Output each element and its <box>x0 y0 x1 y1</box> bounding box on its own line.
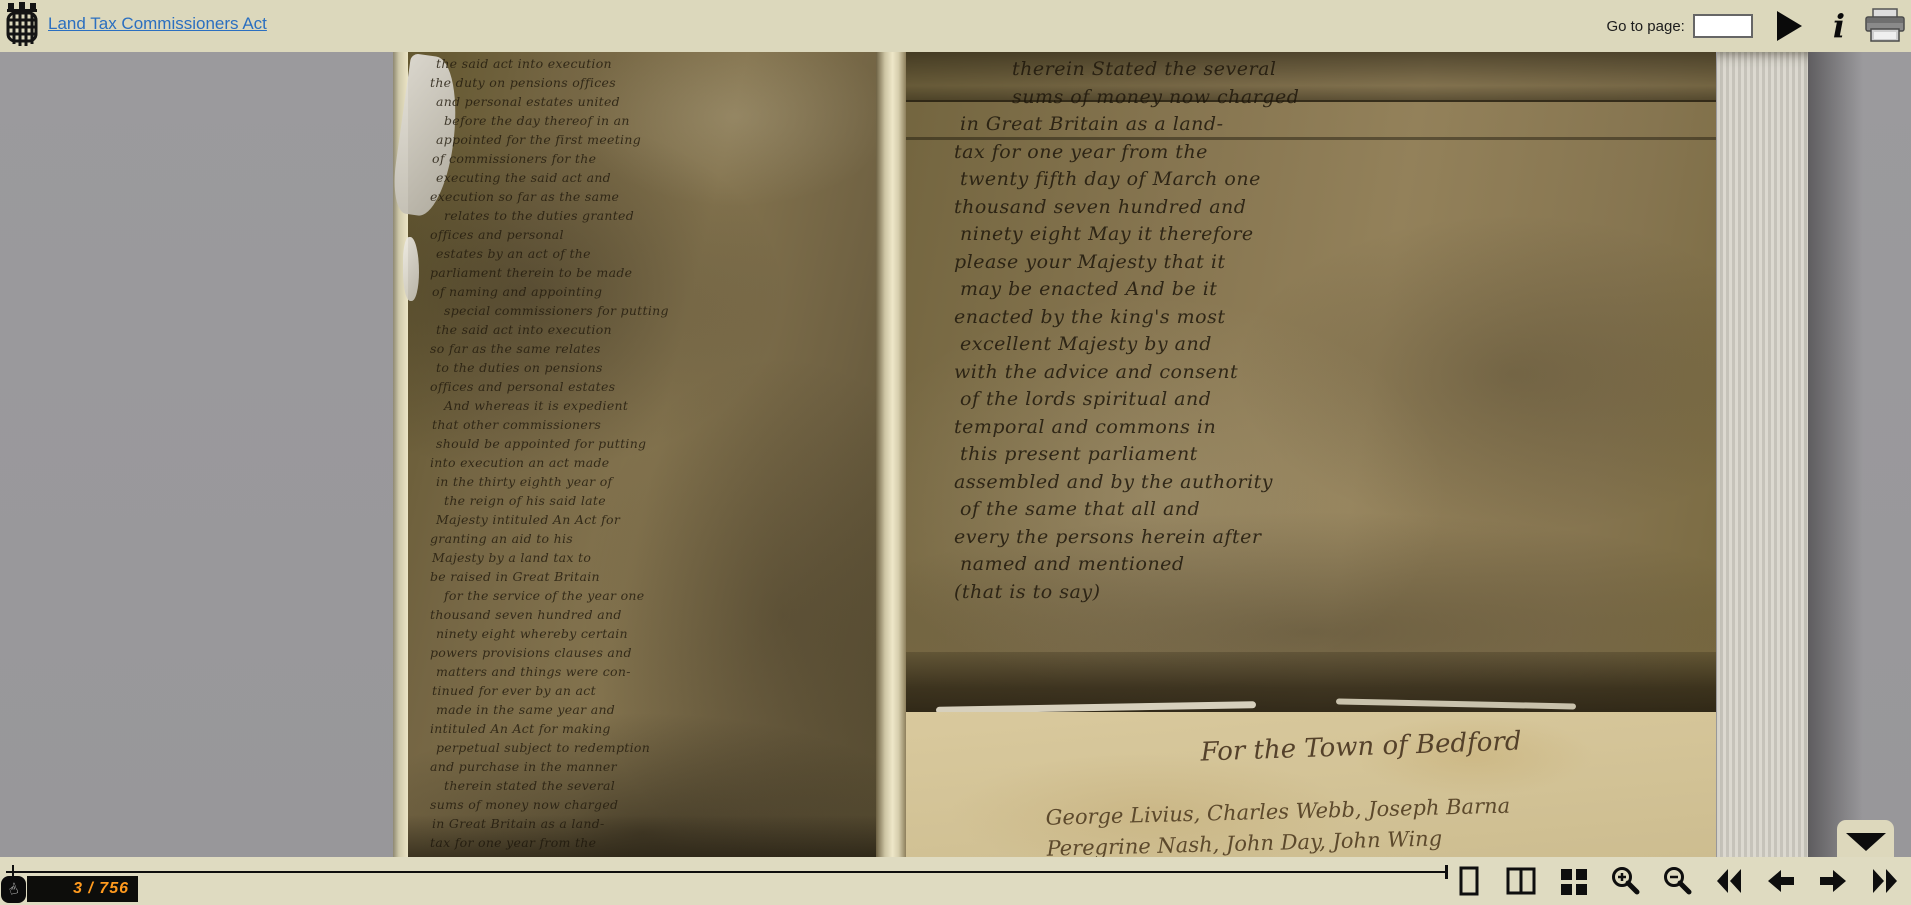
manuscript-line: please your Majesty that it <box>954 249 1664 277</box>
info-button[interactable]: i <box>1833 10 1845 42</box>
manuscript-line: for the service of the year one <box>444 586 866 605</box>
single-page-view-button[interactable] <box>1453 865 1485 897</box>
manuscript-line: ninety eight May it therefore <box>960 221 1664 249</box>
left-manuscript-page[interactable]: the said act into executionthe duty on p… <box>408 52 876 857</box>
manuscript-line: thousand seven hundred and <box>430 605 866 624</box>
manuscript-line: made in the same year and <box>436 700 866 719</box>
arrow-left-icon <box>1766 866 1796 896</box>
manuscript-line: relates to the duties granted <box>444 206 866 225</box>
manuscript-line: twenty fifth day of March one <box>960 166 1664 194</box>
manuscript-line: offices and personal <box>430 225 866 244</box>
manuscript-line: excellent Majesty by and <box>960 331 1664 359</box>
page-indicator: 3 / 756 <box>27 876 138 902</box>
fast-forward-icon <box>1870 866 1900 896</box>
manuscript-line: and personal estates united <box>436 92 866 111</box>
viewer-canvas: the said act into executionthe duty on p… <box>0 52 1911 857</box>
manuscript-line: offices and personal estates <box>430 377 866 396</box>
stacked-page-edges <box>1717 52 1808 857</box>
manuscript-line: enacted by the king's most <box>954 304 1664 332</box>
last-page-button[interactable] <box>1869 865 1901 897</box>
right-page-text: therein Stated the severalsums of money … <box>954 56 1664 606</box>
first-page-button[interactable] <box>1713 865 1745 897</box>
manuscript-line: in the thirty eighth year of <box>436 472 866 491</box>
manuscript-line: may be enacted And be it <box>960 276 1664 304</box>
previous-page-button[interactable] <box>1765 865 1797 897</box>
goto-page-label: Go to page: <box>1606 18 1684 35</box>
town-heading: For the Town of Bedford <box>1146 725 1577 770</box>
manuscript-line: ninety eight whereby certain <box>436 624 866 643</box>
right-manuscript-page[interactable]: therein Stated the severalsums of money … <box>906 52 1716 857</box>
manuscript-line: execution so far as the same <box>430 187 866 206</box>
manuscript-line: before the day thereof in an <box>444 111 866 130</box>
manuscript-line: the said act into execution <box>436 320 866 339</box>
manuscript-line: be raised in Great Britain <box>430 567 866 586</box>
manuscript-line: tax for one year from the <box>954 139 1664 167</box>
manuscript-line: of the lords spiritual and <box>960 386 1664 414</box>
manuscript-line: this present parliament <box>960 441 1664 469</box>
manuscript-line: in Great Britain as a land- <box>960 111 1664 139</box>
manuscript-line: perpetual subject to redemption <box>436 738 866 757</box>
document-title-link[interactable]: Land Tax Commissioners Act <box>48 14 267 34</box>
manuscript-line: (that is to say) <box>954 579 1664 607</box>
play-button[interactable] <box>1777 11 1803 41</box>
manuscript-line: to the duties on pensions <box>436 358 866 377</box>
top-bar-controls: Go to page: i <box>1606 0 1907 52</box>
print-button[interactable] <box>1863 8 1907 44</box>
manuscript-line: should be appointed for putting <box>436 434 866 453</box>
manuscript-line: therein Stated the several <box>1012 56 1664 84</box>
info-icon: i <box>1833 7 1845 45</box>
manuscript-line: matters and things were con- <box>436 662 866 681</box>
zoom-out-button[interactable] <box>1661 865 1693 897</box>
manuscript-line: named and mentioned <box>960 551 1664 579</box>
hand-pointer-icon: ☝ <box>0 873 30 905</box>
manuscript-line: and purchase in the manner <box>430 757 866 776</box>
manuscript-line: therein stated the several <box>444 776 866 795</box>
next-page-button[interactable] <box>1817 865 1849 897</box>
left-page-text: the said act into executionthe duty on p… <box>430 54 866 852</box>
manuscript-line: thousand seven hundred and <box>954 194 1664 222</box>
manuscript-line: granting an aid to his <box>430 529 866 548</box>
two-page-icon <box>1506 866 1536 896</box>
chevron-down-icon <box>1846 833 1886 851</box>
manuscript-line: special commissioners for putting <box>444 301 866 320</box>
zoom-in-button[interactable] <box>1609 865 1641 897</box>
manuscript-line: sums of money now charged <box>1012 84 1664 112</box>
manuscript-line: powers provisions clauses and <box>430 643 866 662</box>
zoom-out-icon <box>1662 866 1692 896</box>
commissioner-names: George Livius, Charles Webb, Joseph Barn… <box>1045 785 1716 865</box>
printer-icon <box>1863 8 1907 44</box>
right-page-footer-section: For the Town of Bedford George Livius, C… <box>906 712 1716 857</box>
manuscript-line: intituled An Act for making <box>430 719 866 738</box>
manuscript-line: every the persons herein after <box>954 524 1664 552</box>
arrow-right-icon <box>1818 866 1848 896</box>
manuscript-line: executing the said act and <box>436 168 866 187</box>
manuscript-line: temporal and commons in <box>954 414 1664 442</box>
manuscript-line: the reign of his said late <box>444 491 866 510</box>
manuscript-line: the duty on pensions offices <box>430 73 866 92</box>
manuscript-line: of the same that all and <box>960 496 1664 524</box>
parchment-fold-band <box>906 652 1716 712</box>
manuscript-line: sums of money now charged <box>430 795 866 814</box>
manuscript-line: into execution an act made <box>430 453 866 472</box>
manuscript-line: parliament therein to be made <box>430 263 866 282</box>
manuscript-line: of naming and appointing <box>432 282 866 301</box>
two-page-view-button[interactable] <box>1505 865 1537 897</box>
goto-page-input[interactable] <box>1693 14 1753 38</box>
rewind-icon <box>1714 866 1744 896</box>
book-gutter <box>876 52 906 857</box>
top-bar: Land Tax Commissioners Act Go to page: i <box>0 0 1911 52</box>
page-slider-track[interactable] <box>6 871 1448 873</box>
play-icon <box>1777 11 1803 41</box>
toolbar-collapse-button[interactable] <box>1837 820 1894 857</box>
single-page-icon <box>1454 866 1484 896</box>
manuscript-line: tinued for ever by an act <box>432 681 866 700</box>
manuscript-line: with the advice and consent <box>954 359 1664 387</box>
bottom-toolbar: ☝ 3 / 756 <box>0 857 1911 905</box>
thumbnail-view-button[interactable] <box>1557 865 1589 897</box>
manuscript-line: estates by an act of the <box>436 244 866 263</box>
navigation-icons <box>1453 865 1901 897</box>
manuscript-line: so far as the same relates <box>430 339 866 358</box>
manuscript-line: the said act into execution <box>436 54 866 73</box>
manuscript-viewer-app: Land Tax Commissioners Act Go to page: i <box>0 0 1911 905</box>
manuscript-line: appointed for the first meeting <box>436 130 866 149</box>
zoom-in-icon <box>1610 866 1640 896</box>
manuscript-line: of commissioners for the <box>432 149 866 168</box>
manuscript-line: assembled and by the authority <box>954 469 1664 497</box>
torn-parchment-patch <box>403 237 419 301</box>
book-shadow <box>1808 52 1863 857</box>
manuscript-line: Majesty by a land tax to <box>432 548 866 567</box>
manuscript-line: that other commissioners <box>432 415 866 434</box>
manuscript-line: Majesty intituled An Act for <box>436 510 866 529</box>
page-bottom-shadow <box>408 815 876 857</box>
manuscript-line: And whereas it is expedient <box>444 396 866 415</box>
parliament-portcullis-icon <box>4 2 40 53</box>
thumbnails-grid-icon <box>1558 866 1588 896</box>
page-slider-handle[interactable]: ☝ <box>1 876 26 903</box>
